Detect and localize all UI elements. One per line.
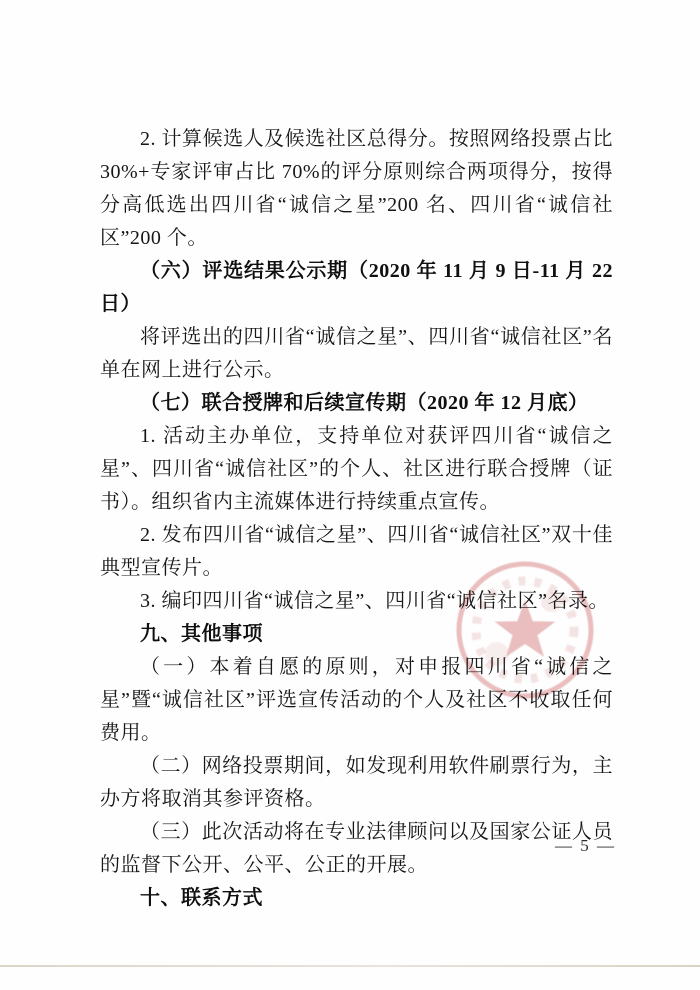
section-heading: （七）联合授牌和后续宣传期（2020 年 12 月底） [100, 387, 613, 420]
body-paragraph: 3. 编印四川省“诚信之星”、四川省“诚信社区”名录。 [100, 585, 613, 618]
scan-bottom-edge-line [0, 965, 700, 967]
body-paragraph: （二）网络投票期间，如发现利用软件刷票行为，主办方将取消其参评资格。 [100, 750, 613, 816]
body-paragraph: 2. 计算候选人及候选社区总得分。按照网络投票占比 30%+专家评审占比 70%… [100, 123, 613, 255]
body-paragraph: 1. 活动主办单位，支持单位对获评四川省“诚信之星”、四川省“诚信社区”的个人、… [100, 420, 613, 519]
section-heading: （六）评选结果公示期（2020 年 11 月 9 日-11 月 22 日） [100, 255, 613, 321]
page-number: — 5 — [548, 836, 623, 856]
body-paragraph: （一）本着自愿的原则，对申报四川省“诚信之星”暨“诚信社区”评选宣传活动的个人及… [100, 651, 613, 750]
body-paragraph: （三）此次活动将在专业法律顾问以及国家公证人员的监督下公开、公平、公正的开展。 [100, 816, 613, 882]
body-paragraph: 2. 发布四川省“诚信之星”、四川省“诚信社区”双十佳典型宣传片。 [100, 519, 613, 585]
section-heading: 九、其他事项 [100, 618, 613, 651]
document-body: 2. 计算候选人及候选社区总得分。按照网络投票占比 30%+专家评审占比 70%… [100, 123, 613, 915]
section-heading: 十、联系方式 [100, 882, 613, 915]
body-paragraph: 将评选出的四川省“诚信之星”、四川省“诚信社区”名单在网上进行公示。 [100, 321, 613, 387]
scanned-document-page: 2. 计算候选人及候选社区总得分。按照网络投票占比 30%+专家评审占比 70%… [0, 0, 700, 990]
